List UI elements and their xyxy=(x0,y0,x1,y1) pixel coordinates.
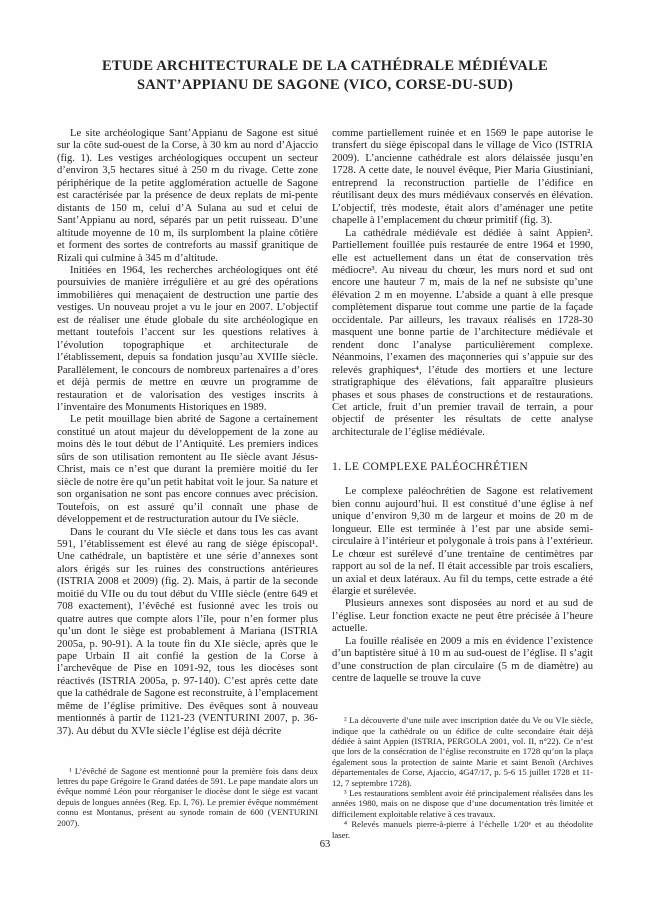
footnote-3: ³ Les restaurations semblent avoir été p… xyxy=(332,788,593,819)
paragraph-research-history: Initiées en 1964, les recherches archéol… xyxy=(57,265,318,414)
left-column: Le site archéologique Sant’Appianu de Sa… xyxy=(57,128,318,840)
paragraph-annexes: Plusieurs annexes sont disposées au nord… xyxy=(332,598,593,635)
paragraph-ruin-transfer: comme partiellement ruinée et en 1569 le… xyxy=(332,128,593,228)
article-title: ETUDE ARCHITECTURALE DE LA CATHÉDRALE MÉ… xyxy=(0,57,650,95)
right-column: comme partiellement ruinée et en 1569 le… xyxy=(332,128,593,840)
paragraph-site-location: Le site archéologique Sant’Appianu de Sa… xyxy=(57,128,318,265)
right-column-footnotes: ² La découverte d’une tuile avec inscrip… xyxy=(332,715,593,840)
two-column-text: Le site archéologique Sant’Appianu de Sa… xyxy=(57,128,593,840)
footnote-1: ¹ L’évêché de Sagone est mentionné pour … xyxy=(57,766,318,828)
paragraph-harbour-antiquity: Le petit mouillage bien abrité de Sagone… xyxy=(57,414,318,526)
paragraph-early-christian-complex: Le complexe paléochrétien de Sagone est … xyxy=(332,486,593,598)
article-title-line-2: SANT’APPIANU DE SAGONE (VICO, CORSE-DU-S… xyxy=(0,76,650,95)
paragraph-episcopal-see: Dans le courant du VIe siècle et dans to… xyxy=(57,527,318,739)
paragraph-dedication-state: La cathédrale médiévale est dédiée à sai… xyxy=(332,228,593,440)
paragraph-baptistery-dig: La fouille réalisée en 2009 a mis en évi… xyxy=(332,636,593,686)
left-column-footnotes: ¹ L’évêché de Sagone est mentionné pour … xyxy=(57,766,318,828)
footnote-4: ⁴ Relevés manuels pierre-à-pierre à l’éc… xyxy=(332,819,593,840)
document-page: ETUDE ARCHITECTURALE DE LA CATHÉDRALE MÉ… xyxy=(0,0,650,897)
article-title-line-1: ETUDE ARCHITECTURALE DE LA CATHÉDRALE MÉ… xyxy=(0,57,650,76)
footnote-2: ² La découverte d’une tuile avec inscrip… xyxy=(332,715,593,788)
page-number: 63 xyxy=(0,839,650,850)
section-heading-paleochretien: 1. LE COMPLEXE PALÉOCHRÉTIEN xyxy=(332,460,593,473)
